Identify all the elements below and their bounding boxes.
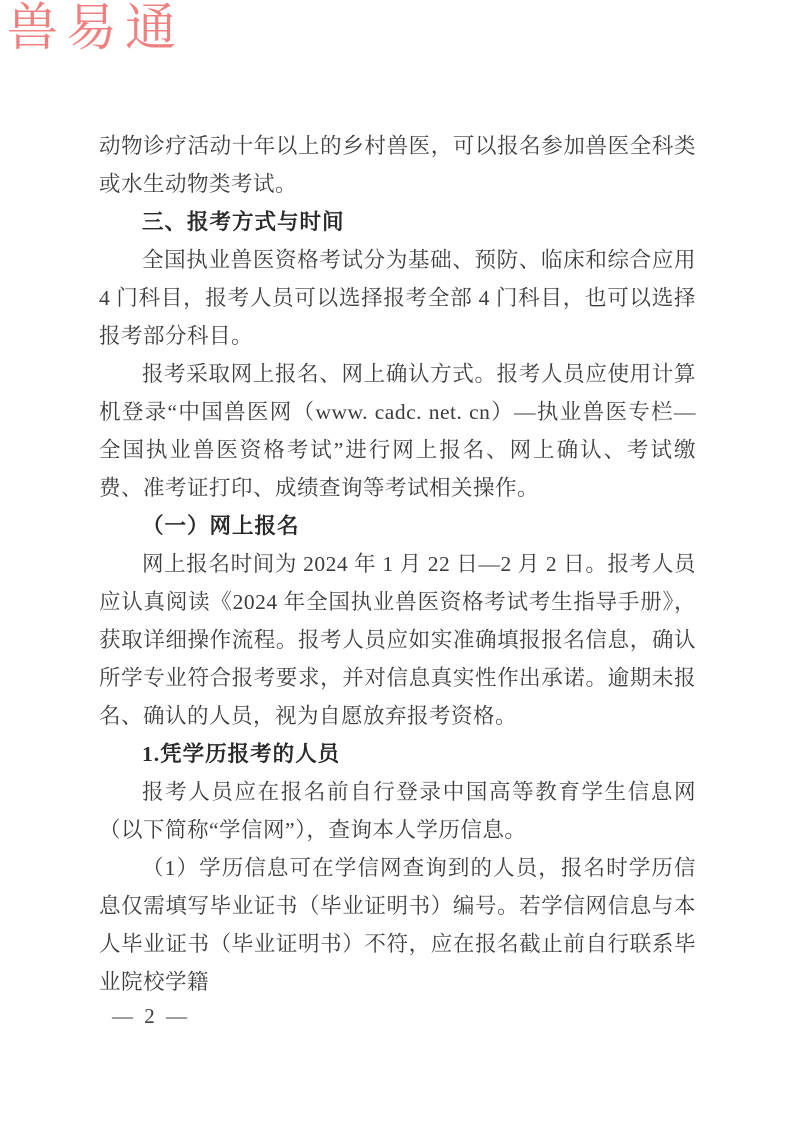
section-heading-3: 三、报考方式与时间 xyxy=(99,203,696,241)
watermark-text: 兽易通 xyxy=(7,0,184,60)
page-number: — 2 — xyxy=(112,1001,190,1031)
body-paragraph-continuation: 动物诊疗活动十年以上的乡村兽医，可以报名参加兽医全科类或水生动物类考试。 xyxy=(99,127,696,203)
document-content: 动物诊疗活动十年以上的乡村兽医，可以报名参加兽医全科类或水生动物类考试。 三、报… xyxy=(99,127,696,1001)
item-heading-1: 1.凭学历报考的人员 xyxy=(99,735,696,773)
body-paragraph: 报考采取网上报名、网上确认方式。报考人员应使用计算机登录“中国兽医网（www. … xyxy=(99,355,696,507)
body-paragraph: 报考人员应在报名前自行登录中国高等教育学生信息网（以下简称“学信网”），查询本人… xyxy=(99,773,696,849)
body-paragraph: （1）学历信息可在学信网查询到的人员，报名时学历信息仅需填写毕业证书（毕业证明书… xyxy=(99,849,696,1001)
body-paragraph: 网上报名时间为 2024 年 1 月 22 日—2 月 2 日。报考人员应认真阅… xyxy=(99,545,696,735)
subsection-heading-1: （一）网上报名 xyxy=(99,507,696,545)
document-page: 兽易通 动物诊疗活动十年以上的乡村兽医，可以报名参加兽医全科类或水生动物类考试。… xyxy=(0,0,793,1122)
body-paragraph: 全国执业兽医资格考试分为基础、预防、临床和综合应用 4 门科目，报考人员可以选择… xyxy=(99,241,696,355)
